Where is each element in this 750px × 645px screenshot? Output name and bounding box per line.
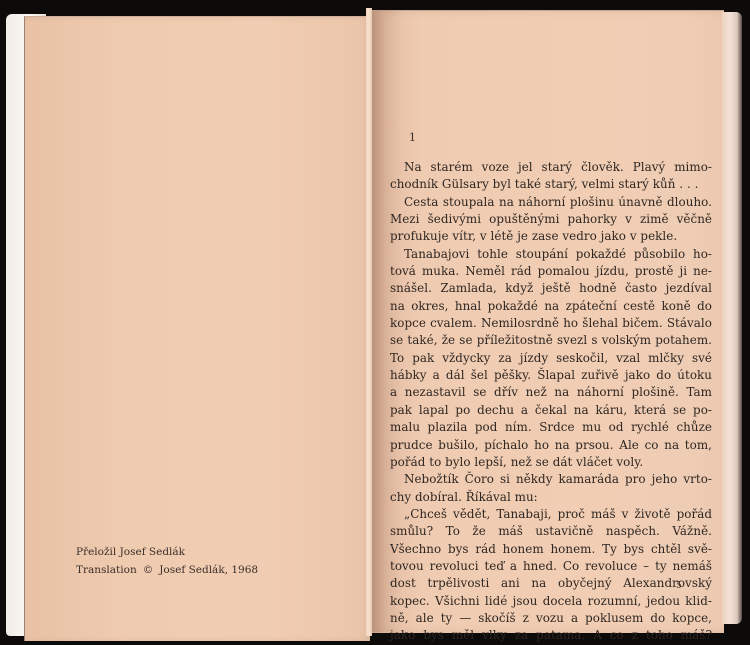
text-line: kopec. Všichni lidé jsou docela rozumní,…: [390, 593, 712, 610]
page-number: 5: [676, 581, 682, 591]
copyright-line: Translation©Josef Sedlák, 1968: [76, 561, 258, 579]
text-line: a nezastavil se dřív než na náhorní ploš…: [390, 384, 712, 401]
text-line: pořád to bylo lepší, než se dát vláčet v…: [390, 454, 712, 471]
text-line: prudce bušilo, píchalo ho na prsou. Ale …: [390, 437, 712, 454]
text-line: kopce cvalem. Nemilosrdně ho šlehal biče…: [390, 315, 712, 332]
text-line: smůlu? To že máš ustavičně naspěch. Vážn…: [390, 523, 712, 540]
copyright-icon: ©: [143, 561, 154, 579]
text-line: se také, že se příležitostně svezl s vol…: [390, 332, 712, 349]
text-line: Cesta stoupala na náhorní plošinu únavně…: [390, 194, 712, 211]
text-line: „Chceš vědět, Tanabaji, proč máš v život…: [390, 506, 712, 523]
text-line: malu plazila pod ním. Srdce mu od rychlé…: [390, 419, 712, 436]
text-line: pak lapal po dechu a čekal na káru, kter…: [390, 402, 712, 419]
translator-credit: Přeložil Josef Sedlák: [76, 543, 258, 561]
translator-credit-block: Přeložil Josef Sedlák Translation©Josef …: [76, 543, 258, 579]
text-line: Na starém voze jel starý člověk. Plavý m…: [390, 159, 712, 176]
text-line: Tanabajovi tohle stoupání pokaždé působi…: [390, 246, 712, 263]
text-line: jako bys měl vlky za patama. A co z toho…: [390, 627, 712, 644]
text-line: chodník Gülsary byl také starý, velmi st…: [390, 176, 712, 193]
copyright-prefix: Translation: [76, 564, 137, 576]
text-line: tovou revoluci teď a hned. Co revoluce –…: [390, 558, 712, 575]
text-line: profukuje vítr, v létě je zase vedro jak…: [390, 228, 712, 245]
text-line: Všechno bys rád honem honem. Ty bys chtě…: [390, 541, 712, 558]
copyright-holder: Josef Sedlák, 1968: [159, 564, 258, 576]
text-line: To pak vždycky za jízdy seskočil, vzal m…: [390, 350, 712, 367]
body-text: Na starém voze jel starý člověk. Plavý m…: [390, 159, 712, 645]
text-line: chy dobíral. Říkával mu:: [390, 489, 712, 506]
open-book-scan: Přeložil Josef Sedlák Translation©Josef …: [0, 0, 750, 645]
text-line: Mezi šedivými opuštěnými pahorky v zimě …: [390, 211, 712, 228]
text-line: Nebožtík Čoro si někdy kamaráda pro jeho…: [390, 471, 712, 488]
text-line: tová muka. Neměl rád pomalou jízdu, pros…: [390, 263, 712, 280]
chapter-number: 1: [409, 131, 416, 144]
text-line: ně, ale ty — skočíš z vozu a poklusem do…: [390, 610, 712, 627]
text-line: snášel. Zamlada, když ještě hodně často …: [390, 280, 712, 297]
text-line: na okres, hnal pokaždé na zpáteční cestě…: [390, 298, 712, 315]
text-line: dost trpělivosti ani na obyčejný Alexand…: [390, 575, 712, 592]
page-edges-right: [722, 12, 742, 624]
text-line: hábky a dál šel pěšky. Šlapal zuřivě jak…: [390, 367, 712, 384]
